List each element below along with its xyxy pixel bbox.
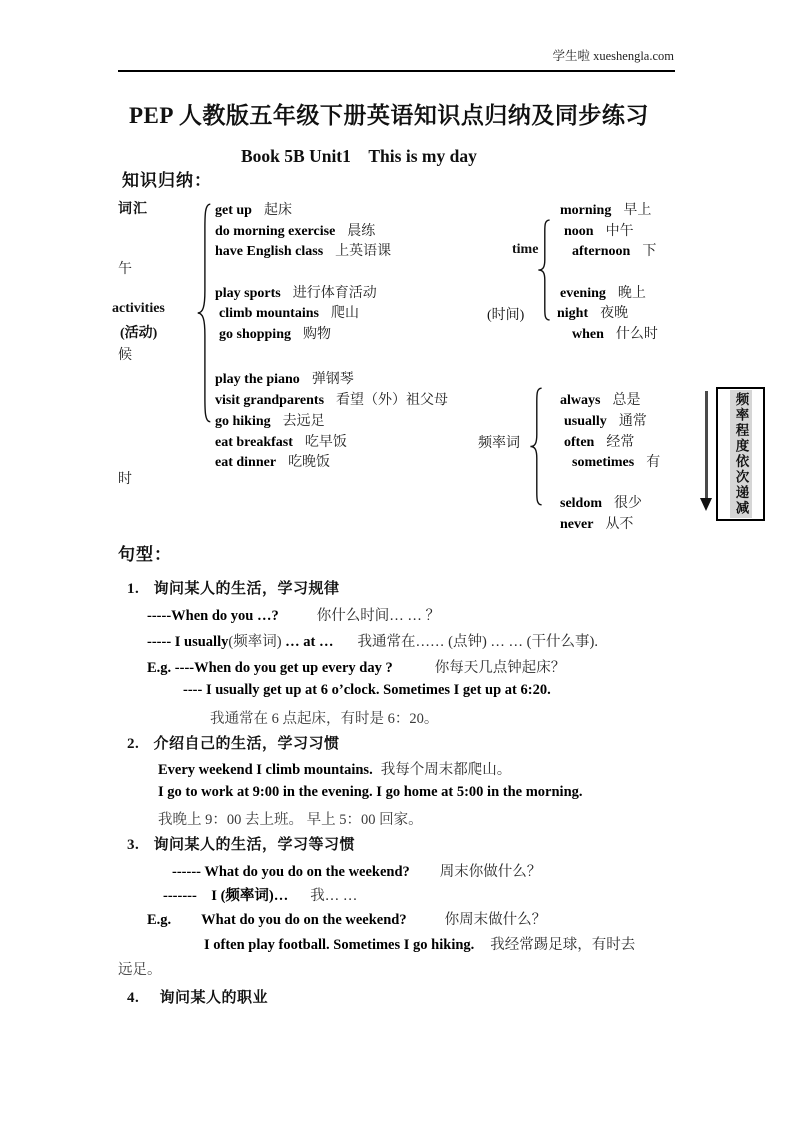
pattern-line: E.g.What do you do on the weekend?你周末做什么… xyxy=(147,908,546,929)
frequency-label: 频率词 xyxy=(478,432,520,452)
pattern-en: … at … xyxy=(282,634,334,650)
vocab-en: afternoon xyxy=(572,244,630,259)
pattern-en: What do you do on the weekend? xyxy=(201,912,406,928)
vocab-en: often xyxy=(564,435,594,450)
vocab-item: seldom很少 xyxy=(560,492,642,512)
time-brace xyxy=(536,219,552,321)
vocab-zh: 上英语课 xyxy=(335,244,391,259)
pattern-4-title-text: 询问某人的职业 xyxy=(160,990,269,1006)
vocab-item: eat breakfast吃早饭 xyxy=(215,431,347,451)
vocab-zh: 经常 xyxy=(606,435,634,450)
pattern-3-title: 3. 询问某人的生活，学习等习惯 xyxy=(127,833,355,854)
pattern-1-title-text: 询问某人的生活，学习规律 xyxy=(154,581,340,597)
vocab-item: do morning exercise晨练 xyxy=(215,220,375,240)
pattern-zh: 我晚上 9：00 去上班。 早上 5：00 回家。 xyxy=(158,812,423,828)
pattern-3-title-text: 询问某人的生活，学习等习惯 xyxy=(154,837,356,853)
vocab-zh: 弹钢琴 xyxy=(312,372,354,387)
vocab-zh: 购物 xyxy=(303,327,331,342)
wrapped-char-wu: 午 xyxy=(118,258,132,278)
vocab-label: 词汇 xyxy=(118,198,148,218)
vocab-item: never从不 xyxy=(560,513,633,533)
pattern-zh: 你周末做什么？ xyxy=(445,912,547,928)
vocab-zh: 很少 xyxy=(614,496,642,511)
pattern-en: I go to work at 9:00 in the evening. I g… xyxy=(158,784,583,800)
vocab-en: play the piano xyxy=(215,372,300,387)
pattern-2-number: 2. xyxy=(127,736,139,752)
pattern-line: 我通常在 6 点起床，有时是 6：20。 xyxy=(210,707,438,728)
pattern-en: Every weekend I climb mountains. xyxy=(158,762,373,778)
time-label: time xyxy=(512,242,538,258)
vocab-item: get up起床 xyxy=(215,199,292,219)
vocab-zh: 通常 xyxy=(619,414,647,429)
pattern-en: ---- I usually get up at 6 o’clock. Some… xyxy=(183,682,551,698)
vocab-item: noon中午 xyxy=(564,220,634,240)
vocab-item: have English class上英语课 xyxy=(215,240,391,260)
pattern-en: ----- I usually xyxy=(147,634,228,650)
page-title: PEP 人教版五年级下册英语知识点归纳及同步练习 xyxy=(129,97,649,130)
vocab-en: usually xyxy=(564,414,607,429)
vocab-zh: 看望（外）祖父母 xyxy=(336,393,448,408)
site-watermark: 学生啦 xueshengla.com xyxy=(522,46,674,64)
pattern-1-title: 1. 询问某人的生活，学习规律 xyxy=(127,577,340,598)
pattern-line: I often play football. Sometimes I go hi… xyxy=(204,933,635,954)
unit-subtitle: Book 5B Unit1 This is my day xyxy=(241,143,477,168)
vocab-item: go hiking去远足 xyxy=(215,410,325,430)
vocab-en: get up xyxy=(215,203,252,218)
vocab-item: climb mountains爬山 xyxy=(219,302,359,322)
pattern-line: E.g. ----When do you get up every day ?你… xyxy=(147,656,565,677)
vocab-item: evening晚上 xyxy=(560,282,646,302)
pattern-zh: 你每天几点钟起床？ xyxy=(435,660,566,676)
down-arrow-line xyxy=(705,391,708,498)
pattern-line: ------ What do you do on the weekend?周末你… xyxy=(172,860,541,881)
vocab-zh: 吃早饭 xyxy=(305,435,347,450)
pattern-zh: 我通常在…… (点钟) … … (干什么事). xyxy=(358,634,598,650)
pattern-en: ------ What do you do on the weekend? xyxy=(172,864,410,880)
vocab-zh: 去远足 xyxy=(283,414,325,429)
vocab-item: sometimes有 xyxy=(572,451,660,471)
pattern-line: 我晚上 9：00 去上班。 早上 5：00 回家。 xyxy=(158,808,423,829)
pattern-line: ---- I usually get up at 6 o’clock. Some… xyxy=(183,682,551,699)
pattern-zh: 我通常在 6 点起床，有时是 6：20。 xyxy=(210,711,438,727)
vocab-zh: 下 xyxy=(642,244,656,259)
pattern-2-title-text: 介绍自己的生活，学习习惯 xyxy=(154,736,340,752)
vocab-en: night xyxy=(557,306,588,321)
vocab-item: play sports进行体育活动 xyxy=(215,282,377,302)
vocab-en: morning xyxy=(560,203,611,218)
vocab-zh: 晨练 xyxy=(347,224,375,239)
pattern-line: I go to work at 9:00 in the evening. I g… xyxy=(158,784,583,801)
vocab-zh: 早上 xyxy=(623,203,651,218)
wrapped-char-shi: 时 xyxy=(118,468,132,488)
vocab-en: sometimes xyxy=(572,455,634,470)
time-label-zh: (时间) xyxy=(487,304,524,324)
vocab-en: play sports xyxy=(215,286,281,301)
vocab-item: morning早上 xyxy=(560,199,651,219)
vocab-en: eat breakfast xyxy=(215,435,293,450)
vocab-en: seldom xyxy=(560,496,602,511)
vocab-en: climb mountains xyxy=(219,306,319,321)
vocab-item: go shopping购物 xyxy=(219,323,331,343)
document-page: 学生啦 xueshengla.com PEP 人教版五年级下册英语知识点归纳及同… xyxy=(0,0,793,1122)
vocab-zh: 晚上 xyxy=(618,286,646,301)
pattern-line: 远足。 xyxy=(118,958,162,979)
vocab-en: when xyxy=(572,327,604,342)
wrapped-char-hou: 候 xyxy=(118,344,132,364)
down-arrow-icon xyxy=(700,498,712,511)
pattern-line: ----- I usually(频率词) … at …我通常在…… (点钟) …… xyxy=(147,630,598,651)
pattern-2-title: 2. 介绍自己的生活，学习习惯 xyxy=(127,732,340,753)
knowledge-heading: 知识归纳： xyxy=(122,166,212,191)
vocab-zh: 进行体育活动 xyxy=(293,286,377,301)
vocab-item: play the piano弹钢琴 xyxy=(215,368,354,388)
vocab-item: usually通常 xyxy=(564,410,647,430)
vocab-en: never xyxy=(560,517,593,532)
pattern-en: E.g. ----When do you get up every day ? xyxy=(147,660,393,676)
pattern-4-number: 4. xyxy=(127,990,139,1006)
pattern-zh: (频率词) xyxy=(228,634,281,650)
pattern-en: E.g. xyxy=(147,912,171,928)
vocab-en: evening xyxy=(560,286,606,301)
pattern-3-number: 3. xyxy=(127,837,139,853)
vocab-en: do morning exercise xyxy=(215,224,335,239)
pattern-zh: 我每个周末都爬山。 xyxy=(381,762,512,778)
vocab-item: often经常 xyxy=(564,431,634,451)
pattern-line: -----When do you …?你什么时间… … ？ xyxy=(147,604,440,625)
vocab-item: afternoon下 xyxy=(572,240,656,260)
vocab-en: go shopping xyxy=(219,327,291,342)
patterns-heading: 句型： xyxy=(118,540,172,565)
pattern-1-number: 1. xyxy=(127,581,139,597)
vocab-en: eat dinner xyxy=(215,455,276,470)
pattern-zh: 周末你做什么？ xyxy=(440,864,542,880)
vocab-en: noon xyxy=(564,224,594,239)
vocab-item: when什么时 xyxy=(572,323,658,343)
vocab-item: eat dinner吃晚饭 xyxy=(215,451,330,471)
activities-label: activities xyxy=(112,301,165,317)
vocab-zh: 从不 xyxy=(605,517,633,532)
frequency-note-box: 频率程度依次递减 xyxy=(716,387,765,521)
vocab-en: always xyxy=(560,393,600,408)
vocab-en: go hiking xyxy=(215,414,271,429)
vocab-zh: 夜晚 xyxy=(600,306,628,321)
vocab-item: visit grandparents看望（外）祖父母 xyxy=(215,389,448,409)
pattern-zh: 你什么时间… … ？ xyxy=(317,608,440,624)
activities-brace xyxy=(195,202,213,424)
frequency-note-text: 频率程度依次递减 xyxy=(730,390,752,518)
pattern-line: ------- I (频率词)…我… … xyxy=(163,884,357,905)
pattern-zh: 我… … xyxy=(310,888,357,904)
pattern-en: -----When do you …? xyxy=(147,608,279,624)
pattern-en: I often play football. Sometimes I go hi… xyxy=(204,937,474,953)
vocab-zh: 总是 xyxy=(612,393,640,408)
pattern-zh: 我经常踢足球，有时去 xyxy=(490,937,635,953)
vocab-item: night夜晚 xyxy=(557,302,628,322)
vocab-zh: 吃晚饭 xyxy=(288,455,330,470)
vocab-zh: 中午 xyxy=(606,224,634,239)
frequency-brace xyxy=(528,387,544,506)
vocab-en: have English class xyxy=(215,244,323,259)
vocab-zh: 爬山 xyxy=(331,306,359,321)
pattern-en: ------- I (频率词)… xyxy=(163,888,288,904)
pattern-4-title: 4. 询问某人的职业 xyxy=(127,986,268,1007)
vocab-zh: 起床 xyxy=(264,203,292,218)
vocab-zh: 什么时 xyxy=(616,327,658,342)
vocab-en: visit grandparents xyxy=(215,393,324,408)
vocab-item: always总是 xyxy=(560,389,640,409)
pattern-zh: 远足。 xyxy=(118,962,162,978)
vocab-zh: 有 xyxy=(646,455,660,470)
activities-label-zh: (活动) xyxy=(120,322,157,342)
header-rule xyxy=(118,70,675,72)
pattern-line: Every weekend I climb mountains.我每个周末都爬山… xyxy=(158,758,511,779)
